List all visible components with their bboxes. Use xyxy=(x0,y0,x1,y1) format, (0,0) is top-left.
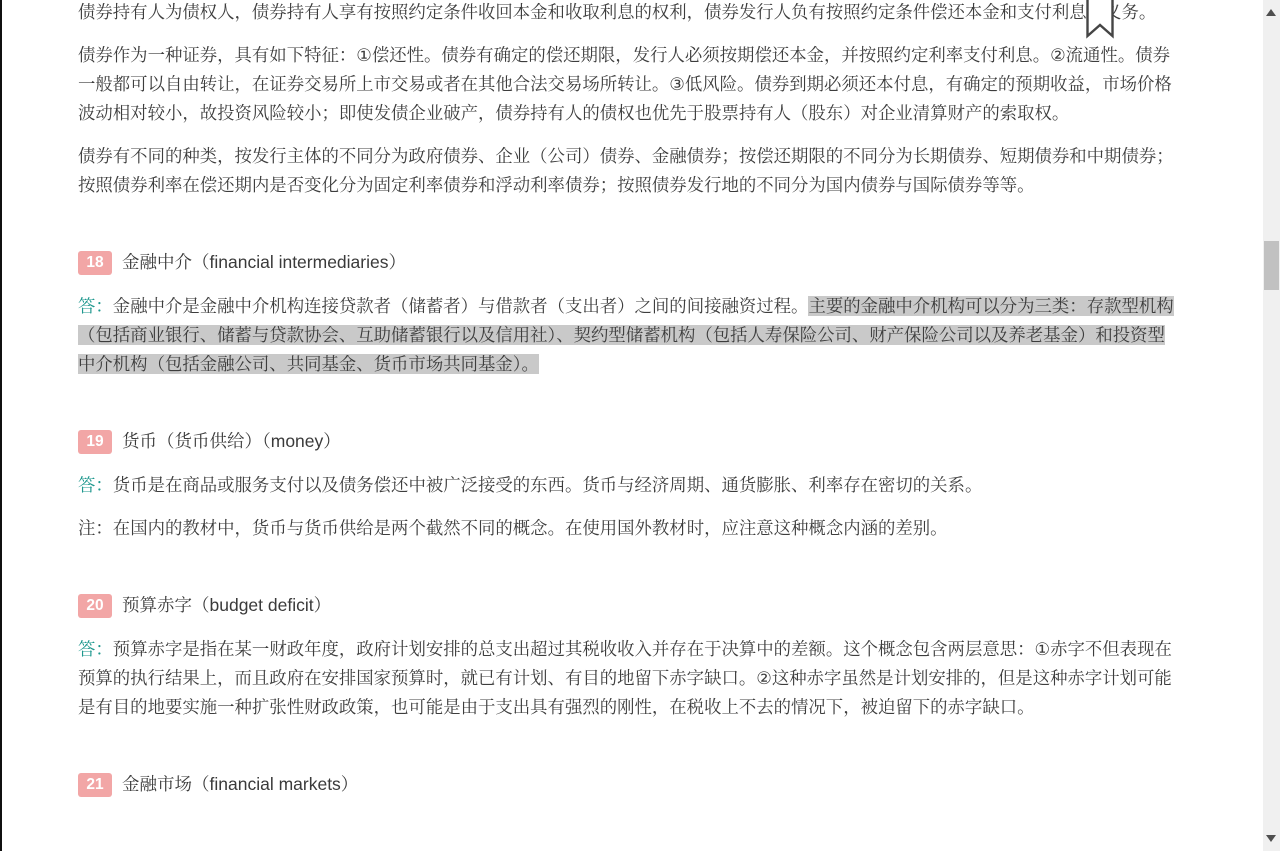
paragraph-bond-types: 债券有不同的种类，按发行主体的不同分为政府债券、企业（公司）债券、金融债券；按偿… xyxy=(78,142,1182,200)
answer-prefix: 答： xyxy=(78,296,113,316)
scrollbar-thumb[interactable] xyxy=(1264,241,1279,290)
section-title: 货币（货币供给）（money） xyxy=(122,427,341,456)
section-title: 金融中介（financial intermediaries） xyxy=(122,248,406,277)
paragraph-bond-holder: 债券持有人为债权人，债券持有人享有按照约定条件收回本金和收取利息的权利，债券发行… xyxy=(78,0,1182,27)
answer-prefix: 答： xyxy=(78,639,113,659)
note-text: 在国内的教材中，货币与货币供给是两个截然不同的概念。在使用国外教材时，应注意这种… xyxy=(113,518,948,538)
document-content: 债券持有人为债权人，债券持有人享有按照约定条件收回本金和收取利息的权利，债券发行… xyxy=(78,0,1182,814)
scroll-down-arrow-icon[interactable] xyxy=(1266,835,1276,842)
paragraph-bond-features: 债券作为一种证券，具有如下特征：①偿还性。债券有确定的偿还期限，发行人必须按期偿… xyxy=(78,41,1182,128)
section-heading-18: 18 金融中介（financial intermediaries） xyxy=(78,248,1182,277)
section-number-badge: 18 xyxy=(78,251,112,275)
window-left-edge xyxy=(0,0,2,851)
vertical-scrollbar[interactable] xyxy=(1263,0,1280,851)
section-number-badge: 21 xyxy=(78,773,112,797)
reader-page: 债券持有人为债权人，债券持有人享有按照约定条件收回本金和收取利息的权利，债券发行… xyxy=(0,0,1280,851)
answer-text: 货币是在商品或服务支付以及债务偿还中被广泛接受的东西。货币与经济周期、通货膨胀、… xyxy=(113,475,983,495)
note-paragraph-19: 注：在国内的教材中，货币与货币供给是两个截然不同的概念。在使用国外教材时，应注意… xyxy=(78,514,1182,543)
section-number-badge: 20 xyxy=(78,594,112,618)
note-prefix: 注： xyxy=(78,518,113,538)
bookmark-icon[interactable] xyxy=(1086,0,1114,39)
section-heading-19: 19 货币（货币供给）（money） xyxy=(78,427,1182,456)
answer-paragraph-19: 答：货币是在商品或服务支付以及债务偿还中被广泛接受的东西。货币与经济周期、通货膨… xyxy=(78,471,1182,500)
answer-paragraph-20: 答：预算赤字是指在某一财政年度，政府计划安排的总支出超过其税收收入并存在于决算中… xyxy=(78,635,1182,722)
section-number-badge: 19 xyxy=(78,430,112,454)
answer-text: 预算赤字是指在某一财政年度，政府计划安排的总支出超过其税收收入并存在于决算中的差… xyxy=(78,639,1172,717)
answer-paragraph-18: 答：金融中介是金融中介机构连接贷款者（储蓄者）与借款者（支出者）之间的间接融资过… xyxy=(78,292,1182,379)
section-title: 预算赤字（budget deficit） xyxy=(122,591,331,620)
section-heading-20: 20 预算赤字（budget deficit） xyxy=(78,591,1182,620)
scroll-up-arrow-icon[interactable] xyxy=(1266,9,1276,16)
section-title: 金融市场（financial markets） xyxy=(122,770,358,799)
answer-text: 金融中介是金融中介机构连接贷款者（储蓄者）与借款者（支出者）之间的间接融资过程。 xyxy=(113,296,809,316)
section-heading-21: 21 金融市场（financial markets） xyxy=(78,770,1182,799)
answer-prefix: 答： xyxy=(78,475,113,495)
